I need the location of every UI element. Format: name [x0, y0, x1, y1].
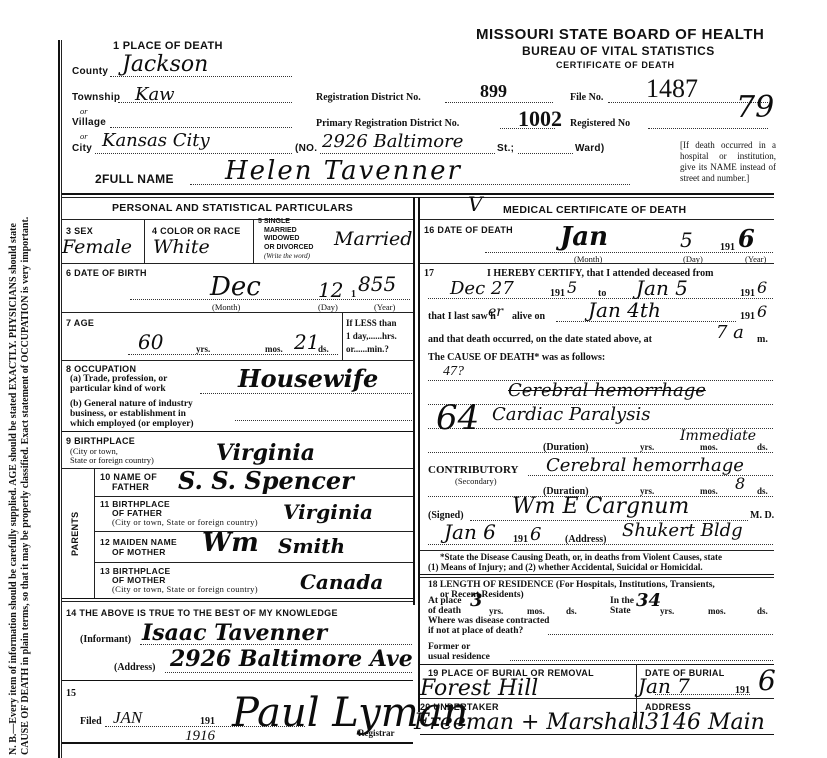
duration-mos-label: mos.: [700, 442, 718, 452]
in-state-ds: ds.: [757, 606, 768, 616]
divider: [420, 574, 774, 575]
duration-ds-label: ds.: [757, 442, 768, 452]
marital-label-single: 5 SINGLE: [258, 218, 313, 227]
center-divider-2: [418, 197, 420, 712]
informant-label: (Informant): [80, 634, 131, 645]
reg-district-value: 899: [480, 81, 507, 102]
personal-section-title: PERSONAL AND STATISTICAL PARTICULARS: [112, 202, 353, 214]
informant-value: Isaac Tavenner: [142, 620, 327, 646]
reg-district-line: [445, 102, 553, 103]
at-place-ds: ds.: [566, 606, 577, 616]
township-value: Kaw: [135, 84, 175, 105]
attended-from-year-prefix: 191: [550, 288, 565, 299]
dod-year-prefix: 191: [720, 242, 735, 253]
parents-label: PARENTS: [70, 512, 80, 556]
m-label: m.: [757, 334, 768, 345]
street-no-value: 2926 Baltimore: [322, 131, 463, 152]
primary-reg-label: Primary Registration District No.: [316, 118, 459, 129]
attended-from-year: 5: [567, 278, 577, 297]
at-place-label-1: At place: [428, 596, 462, 606]
city-value: Kansas City: [102, 130, 210, 151]
occupation-b-line-3: which employed (or employer): [70, 419, 194, 429]
color-label: 4 COLOR OR RACE: [152, 226, 241, 236]
side-note: N. B.—Every item of information should b…: [8, 0, 32, 755]
md-label: M. D.: [750, 510, 774, 521]
death-occurred-text: and that death occurred, on the date sta…: [428, 334, 652, 345]
age-ds-label: ds.: [318, 344, 329, 354]
filed-month: JAN: [113, 708, 142, 728]
divider: [420, 698, 774, 699]
divider: [420, 263, 774, 264]
contracted-label: Where was disease contracted if not at p…: [428, 616, 549, 636]
county-label: County: [72, 66, 108, 77]
age-years: 60: [138, 330, 163, 354]
duration-primary: Immediate: [680, 428, 756, 444]
hospital-note: [If death occurred in a hospital or inst…: [680, 140, 776, 184]
in-state-label-1: In the: [610, 596, 634, 606]
duration-yrs-label: yrs.: [640, 442, 654, 452]
former-label-1: Former or: [428, 642, 490, 652]
duration-line: [428, 452, 773, 453]
dob-label: 6 DATE OF BIRTH: [66, 268, 147, 278]
duration-secondary-mos: mos.: [700, 486, 718, 496]
informant-address-line: [165, 672, 412, 673]
township-label: Township: [72, 92, 120, 103]
mother-name-value: Smith: [278, 534, 345, 558]
at-place-label-2: of death: [428, 606, 462, 616]
full-name-value: Helen Tavenner: [225, 156, 462, 186]
marital-value: Married: [334, 228, 412, 250]
occupation-a-line-2: particular kind of work: [70, 384, 167, 394]
divider: [420, 577, 774, 578]
filed-year-prefix: 191: [200, 716, 215, 727]
certificate-title: CERTIFICATE OF DEATH: [556, 60, 675, 70]
dod-day: 5: [680, 228, 693, 252]
filed-num: 15: [66, 688, 76, 699]
in-state-years: 34: [636, 590, 661, 611]
at-place-mos: mos.: [527, 606, 545, 616]
age-line: [128, 354, 338, 355]
st-label: St.;: [497, 143, 514, 154]
last-saw-pronoun: er: [488, 304, 503, 320]
ward-label: Ward): [575, 143, 604, 154]
occupation-b-line-2: business, or establishment in: [70, 409, 194, 419]
last-saw-year: 6: [757, 302, 767, 321]
last-saw-date: Jan 4th: [588, 298, 661, 322]
primary-reg-value: 1002: [518, 106, 562, 132]
dob-year-prefix: 1: [351, 289, 356, 300]
less-than-line-3: or......min.?: [346, 343, 397, 356]
occupation-a-line-1: (a) Trade, profession, or: [70, 374, 167, 384]
or-label-2: or: [80, 131, 88, 141]
alive-on-label: alive on: [512, 311, 545, 322]
left-border: [58, 40, 60, 758]
city-line: [95, 153, 292, 154]
divider: [144, 219, 145, 263]
father-name-value: S. S. Spencer: [178, 466, 354, 495]
registered-no-value: 79: [736, 90, 774, 125]
registrar-label: Registrar: [358, 728, 394, 738]
registered-no-label: Registered No: [570, 118, 630, 129]
marital-label-divorced: OR DIVORCED: [258, 244, 313, 253]
dob-day-caption: (Day): [318, 302, 338, 312]
full-name-label: 2FULL NAME: [95, 172, 174, 186]
cause-label: The CAUSE OF DEATH* was as follows:: [428, 352, 605, 363]
father-name-label-2: FATHER: [100, 482, 157, 492]
city-label: City: [72, 143, 92, 154]
divider: [94, 468, 95, 598]
signed-year-prefix: 191: [513, 534, 528, 545]
sex-value: Female: [62, 236, 132, 258]
undertaker-value: Freeman + Marshall: [414, 710, 645, 735]
mother-birthplace-label-3: (City or town, State or foreign country): [100, 585, 258, 594]
last-saw-label: that I last saw h: [428, 311, 496, 322]
less-than-line-2: 1 day,......hrs.: [346, 330, 397, 343]
mother-birthplace-label: 13 BIRTHPLACE OF MOTHER (City or town, S…: [100, 567, 258, 594]
marital-label: 5 SINGLE MARRIED WIDOWED OR DIVORCED (Wr…: [258, 218, 313, 261]
duration-secondary-ds: ds.: [757, 486, 768, 496]
mother-name-label-2: OF MOTHER: [100, 547, 177, 557]
sex-label: 3 SEX: [66, 226, 93, 236]
county-value: Jackson: [122, 52, 208, 77]
birthplace-sub-2: State or foreign country): [70, 456, 154, 465]
less-than-line-1: If LESS than: [346, 317, 397, 330]
age-yrs-label: yrs.: [196, 344, 210, 354]
dob-year: 855: [358, 272, 396, 296]
in-state-label-2: State: [610, 606, 634, 616]
last-saw-year-prefix: 191: [740, 311, 755, 322]
former-label-2: usual residence: [428, 652, 490, 662]
filed-label: Filed: [80, 716, 102, 727]
file-no-value: 1487: [646, 74, 698, 104]
occupation-b-line: [235, 420, 412, 421]
divider: [420, 219, 774, 220]
less-than-day-box: If LESS than 1 day,......hrs. or......mi…: [346, 317, 397, 356]
signed-year: 6: [530, 524, 541, 545]
secondary-label: (Secondary): [455, 476, 497, 486]
father-birthplace-value: Virginia: [283, 500, 373, 524]
burial-date-value: Jan 7: [638, 674, 690, 698]
occupation-b-label: (b) General nature of industry business,…: [70, 399, 194, 429]
undertaker-address-value: 3146 Main: [645, 710, 765, 735]
mother-name-scrawl: Wm: [202, 528, 259, 558]
duration-secondary-ds-value: 8: [735, 474, 745, 493]
street-line: [320, 153, 495, 154]
village-label: Village: [72, 117, 106, 128]
occupation-a-label: (a) Trade, profession, or particular kin…: [70, 374, 167, 394]
at-place-years: 3: [470, 590, 483, 611]
divider: [62, 312, 413, 313]
divider: [62, 219, 413, 220]
in-state-label: In the State: [610, 596, 634, 616]
reg-district-label: Registration District No.: [316, 92, 421, 103]
father-name-label: 10 NAME OF FATHER: [100, 472, 157, 492]
occupation-a-line: [200, 393, 412, 394]
mother-name-label-1: 12 MAIDEN NAME: [100, 537, 177, 547]
marital-label-widowed: WIDOWED: [258, 235, 313, 244]
in-state-mos: mos.: [708, 606, 726, 616]
burial-year: 6: [758, 664, 776, 697]
mother-name-label: 12 MAIDEN NAME OF MOTHER: [100, 537, 177, 557]
side-note-line-1: N. B.—Every item of information should b…: [8, 0, 20, 755]
check-mark: V: [468, 192, 482, 216]
at-place-yrs: yrs.: [489, 606, 503, 616]
signed-date: Jan 6: [444, 520, 496, 544]
dob-month-caption: (Month): [212, 302, 240, 312]
header-divider: [62, 193, 774, 195]
address-label: (Address): [565, 534, 606, 545]
file-no-label: File No.: [570, 92, 603, 103]
birthplace-label: 9 BIRTHPLACE: [66, 436, 135, 446]
former-residence-label: Former or usual residence: [428, 642, 490, 662]
contracted-label-1: Where was disease contracted: [428, 616, 549, 626]
father-birthplace-label: 11 BIRTHPLACE OF FATHER (City or town, S…: [100, 500, 258, 527]
dod-month: Jan: [560, 222, 608, 252]
contributory-label: CONTRIBUTORY: [428, 464, 518, 476]
contracted-label-2: if not at place of death?: [428, 626, 549, 636]
cause-footnote: *State the Disease Causing Death, or, in…: [428, 552, 722, 572]
signed-value: Wm E Cargnum: [512, 494, 689, 519]
marital-label-instruction: (Write the word): [258, 252, 313, 261]
cause-code-margin: 64: [436, 398, 479, 438]
attended-to: Jan 5: [636, 276, 688, 300]
bureau-title: BUREAU OF VITAL STATISTICS: [522, 44, 715, 58]
mother-birthplace-value: Canada: [300, 570, 383, 594]
dob-year-caption: (Year): [374, 302, 395, 312]
address-value: Shukert Bldg: [622, 520, 743, 541]
father-name-label-1: 10 NAME OF: [100, 472, 157, 482]
certify-num: 17: [424, 268, 434, 279]
divider: [62, 742, 413, 744]
birthplace-sub: (City or town, State or foreign country): [70, 447, 154, 465]
birthplace-value: Virginia: [216, 440, 315, 466]
divider: [342, 312, 343, 360]
divider: [94, 496, 413, 497]
dob-line: [130, 299, 410, 300]
cause-line-2: Cardiac Paralysis: [492, 404, 650, 425]
occupation-b-line-1: (b) General nature of industry: [70, 399, 194, 409]
marital-label-married: MARRIED: [258, 227, 313, 236]
residence-label-1: 18 LENGTH OF RESIDENCE (For Hospitals, I…: [428, 580, 715, 590]
divider: [62, 601, 413, 602]
informant-address-value: 2926 Baltimore Ave: [170, 646, 413, 672]
dob-day: 12: [318, 278, 343, 302]
divider: [253, 219, 254, 263]
cause-line-1-struck: Cerebral hemorrhage: [508, 380, 706, 401]
father-birthplace-label-3: (City or town, State or foreign country): [100, 518, 258, 527]
informant-section-label: 14 THE ABOVE IS TRUE TO THE BEST OF MY K…: [66, 608, 338, 618]
center-divider: [413, 197, 415, 605]
board-title: MISSOURI STATE BOARD OF HEALTH: [476, 26, 764, 43]
village-line: [110, 127, 292, 128]
divider: [94, 562, 413, 563]
divider: [62, 263, 413, 264]
occupation-value: Housewife: [238, 364, 378, 393]
cause-code: 47?: [443, 364, 464, 380]
dod-label: 16 DATE OF DEATH: [424, 225, 513, 235]
divider: [62, 680, 413, 681]
medical-section-title: MEDICAL CERTIFICATE OF DEATH: [503, 204, 686, 216]
ward-line: [518, 153, 573, 154]
color-value: White: [153, 236, 210, 258]
divider: [420, 550, 774, 551]
occupation-label: 8 OCCUPATION: [66, 364, 136, 374]
age-mos-label: mos.: [265, 344, 283, 354]
divider: [62, 360, 413, 361]
dob-month: Dec: [210, 272, 261, 302]
former-residence-line: [510, 660, 773, 661]
contracted-line: [548, 634, 773, 635]
age-days: 21: [294, 330, 319, 354]
attended-to-year: 6: [757, 278, 767, 297]
divider: [62, 431, 413, 432]
death-time: 7 a: [716, 322, 744, 343]
street-no-label: (NO.: [295, 143, 317, 154]
place-of-death-heading: 1 PLACE OF DEATH: [113, 40, 223, 52]
informant-address-label: (Address): [114, 662, 155, 673]
side-note-line-2: CAUSE OF DEATH in plain terms, so that i…: [20, 0, 32, 755]
left-border-inner: [61, 40, 62, 758]
contributory-value: Cerebral hemorrhage: [546, 455, 744, 476]
dod-year: 6: [738, 224, 755, 253]
divider: [420, 734, 774, 735]
attended-to-year-prefix: 191: [740, 288, 755, 299]
age-label: 7 AGE: [66, 318, 94, 328]
or-label-1: or: [80, 106, 88, 116]
divider: [62, 598, 413, 599]
attended-from: Dec 27: [450, 278, 514, 299]
at-place-label: At place of death: [428, 596, 462, 616]
divider: [420, 664, 774, 665]
burial-year-prefix: 191: [735, 685, 750, 696]
in-state-yrs: yrs.: [660, 606, 674, 616]
footnote-line-1: *State the Disease Causing Death, or, in…: [428, 552, 722, 562]
footnote-line-2: (1) Means of Injury; and (2) whether Acc…: [428, 562, 722, 572]
registered-no-line: [648, 128, 768, 129]
